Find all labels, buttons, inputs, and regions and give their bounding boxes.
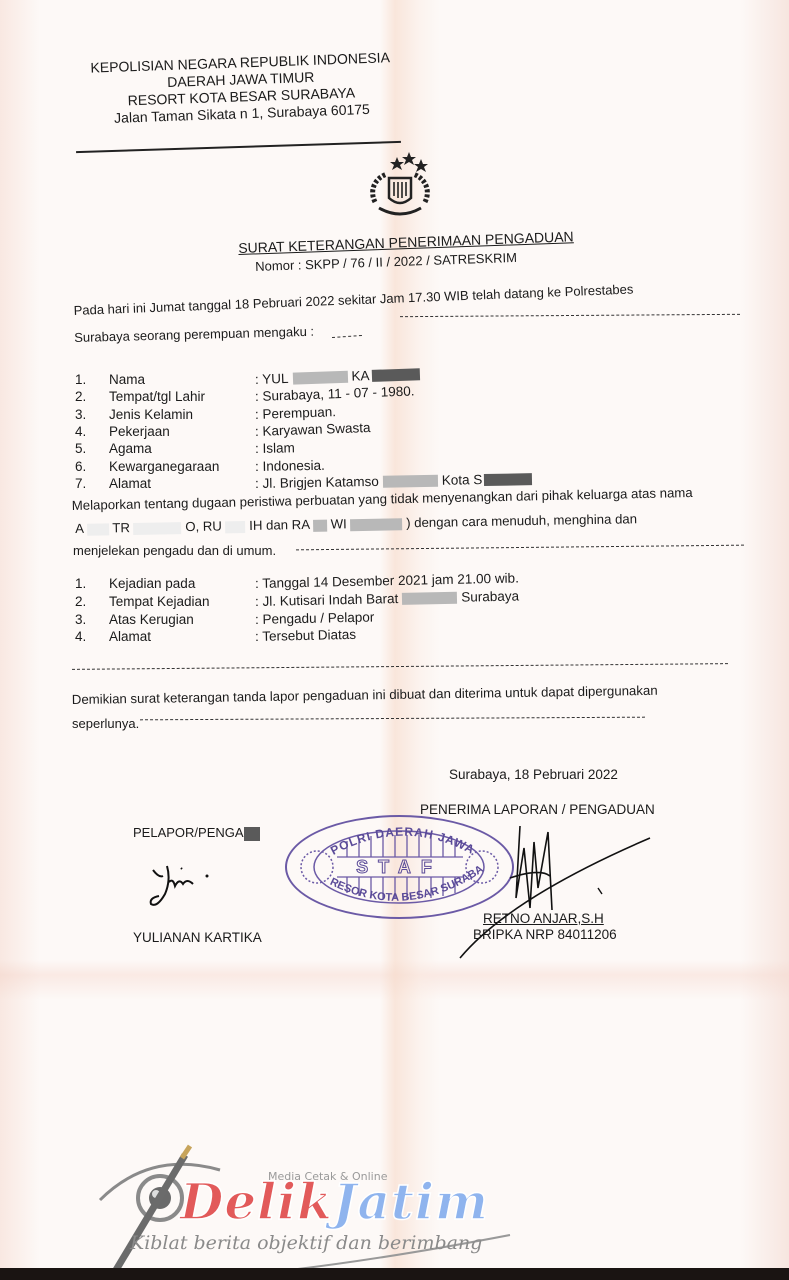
identity-number: 4. bbox=[75, 424, 86, 440]
reporter-name: YULIANAN KARTIKA bbox=[133, 930, 262, 946]
report-tail: ) dengan cara menuduh, menghina dan bbox=[406, 511, 637, 530]
watermark-tagline: Kiblat berita objektif dan berimbang bbox=[130, 1232, 482, 1254]
report-name-4: IH dan RA bbox=[249, 517, 309, 533]
receiver-signature bbox=[420, 818, 660, 968]
receiver-heading: PENERIMA LAPORAN / PENGADUAN bbox=[420, 802, 655, 818]
identity-number: 7. bbox=[75, 476, 86, 492]
photo-bottom-edge bbox=[0, 1268, 789, 1280]
identity-label: Kewarganegaraan bbox=[109, 459, 219, 475]
report-name-3: O, RU bbox=[185, 518, 222, 534]
incident-label: Tempat Kejadian bbox=[109, 594, 210, 610]
closing-line-2: seperlunya. bbox=[72, 716, 139, 732]
brand-part-1: Delik bbox=[180, 1172, 333, 1231]
delikjatim-watermark: Media Cetak & Online DelikJatim Kiblat b… bbox=[90, 1140, 560, 1280]
report-name-2: TR bbox=[112, 520, 130, 535]
incident-label: Alamat bbox=[109, 629, 151, 645]
identity-number: 3. bbox=[75, 407, 86, 423]
incident-value: : Pengadu / Pelapor bbox=[255, 609, 375, 627]
identity-label: Nama bbox=[109, 372, 145, 388]
identity-label: Alamat bbox=[109, 476, 151, 492]
identity-label: Tempat/tgl Lahir bbox=[109, 389, 205, 405]
incident-number: 2. bbox=[75, 594, 86, 610]
report-name-5: WI bbox=[331, 516, 347, 531]
identity-label: Agama bbox=[109, 441, 152, 457]
identity-label: Pekerjaan bbox=[109, 424, 170, 440]
identity-value: : Islam bbox=[255, 440, 295, 457]
incident-label: Atas Kerugian bbox=[109, 612, 194, 628]
place-date: Surabaya, 18 Pebruari 2022 bbox=[449, 767, 618, 783]
incident-value: : Tersebut Diatas bbox=[255, 627, 356, 645]
report-name-1: A bbox=[75, 521, 83, 536]
brand-part-2: Jatim bbox=[333, 1172, 489, 1231]
identity-number: 6. bbox=[75, 459, 86, 475]
report-line-3: menjelekan pengadu dan di umum. bbox=[73, 543, 276, 559]
identity-value: : Indonesia. bbox=[255, 457, 325, 474]
watermark-brand: DelikJatim bbox=[180, 1172, 489, 1231]
receiver-name: RETNO ANJAR,S.H bbox=[483, 911, 604, 927]
incident-number: 3. bbox=[75, 612, 86, 628]
identity-number: 2. bbox=[75, 389, 86, 405]
incident-number: 1. bbox=[75, 576, 86, 592]
identity-number: 5. bbox=[75, 441, 86, 457]
identity-label: Jenis Kelamin bbox=[109, 407, 193, 423]
reporter-heading: PELAPOR/PENGA bbox=[133, 825, 260, 841]
reporter-signature bbox=[145, 860, 215, 915]
receiver-rank: BRIPKA NRP 84011206 bbox=[473, 927, 617, 943]
incident-label: Kejadian pada bbox=[109, 576, 195, 592]
letterhead: KEPOLISIAN NEGARA REPUBLIK INDONESIA DAE… bbox=[80, 49, 402, 128]
police-emblem-icon bbox=[367, 152, 433, 222]
incident-number: 4. bbox=[75, 629, 86, 645]
reporter-heading-text: PELAPOR/PENGA bbox=[133, 825, 244, 840]
identity-value: : Perempuan. bbox=[255, 404, 337, 423]
identity-number: 1. bbox=[75, 372, 86, 388]
